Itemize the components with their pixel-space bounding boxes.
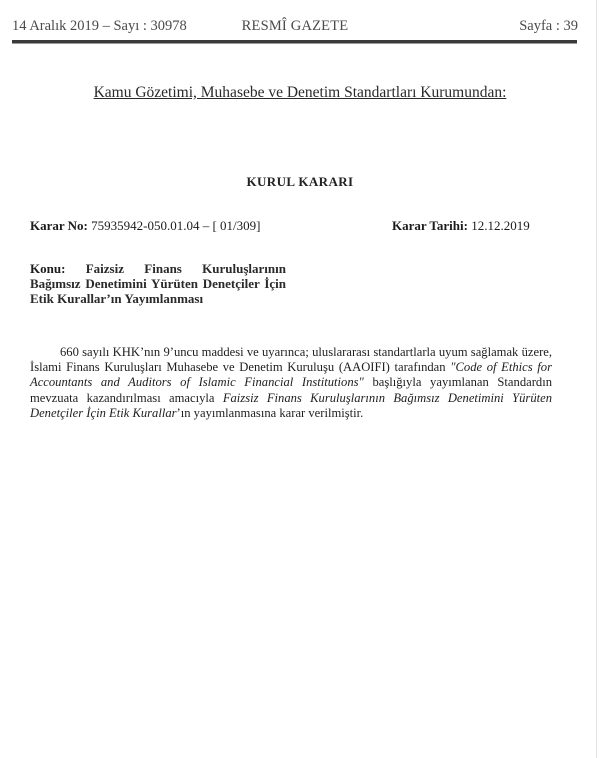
decision-date-value: 12.12.2019	[471, 218, 530, 233]
page-number: Sayfa : 39	[519, 18, 578, 35]
subject-label: Konu:	[30, 261, 65, 276]
subject-text: Faizsiz Finans Kuruluşlarının Bağımsız D…	[30, 261, 286, 306]
decision-date-label: Karar Tarihi:	[392, 218, 468, 233]
subject: Konu: Faizsiz Finans Kuruluşlarının Bağı…	[30, 261, 286, 306]
decision-date: Karar Tarihi: 12.12.2019	[392, 218, 530, 234]
decision-body: 660 sayılı KHK’nın 9’uncu maddesi ve uya…	[30, 345, 552, 421]
gazette-header: RESMÎ GAZETE 14 Aralık 2019 – Sayı : 309…	[12, 18, 578, 38]
decision-number: Karar No: 75935942-050.01.04 – [ 01/309]	[30, 218, 261, 234]
page-edge	[596, 0, 597, 758]
decision-number-label: Karar No:	[30, 218, 88, 233]
decision-number-value: 75935942-050.01.04 – [ 01/309]	[91, 218, 260, 233]
header-rule	[12, 40, 577, 44]
decision-title: KURUL KARARI	[0, 174, 600, 190]
body-text-3: ’ın yayımlanmasına karar verilmiştir.	[177, 406, 364, 420]
issuing-institution: Kamu Gözetimi, Muhasebe ve Denetim Stand…	[0, 84, 600, 102]
issue-date-number: 14 Aralık 2019 – Sayı : 30978	[12, 18, 187, 35]
